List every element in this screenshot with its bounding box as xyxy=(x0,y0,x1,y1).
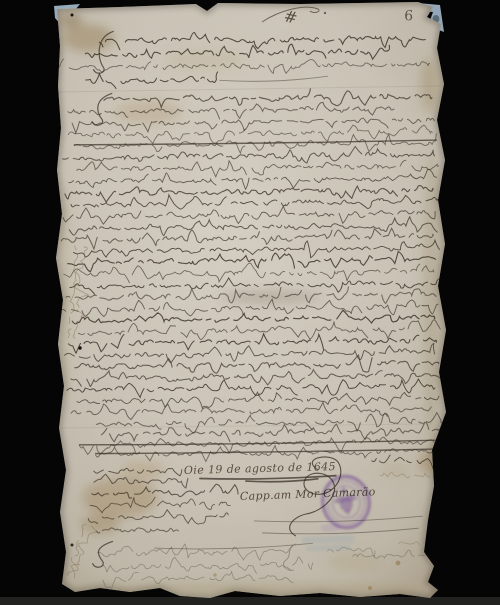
page-number: 6 xyxy=(404,8,414,24)
photo-canvas: # 6 Oie 19 de agosto de 1645 Capp.am Mor… xyxy=(0,0,500,605)
table-edge-band xyxy=(0,597,500,605)
manuscript-photo: # 6 Oie 19 de agosto de 1645 Capp.am Mor… xyxy=(0,0,500,605)
ink-dot xyxy=(324,12,326,14)
